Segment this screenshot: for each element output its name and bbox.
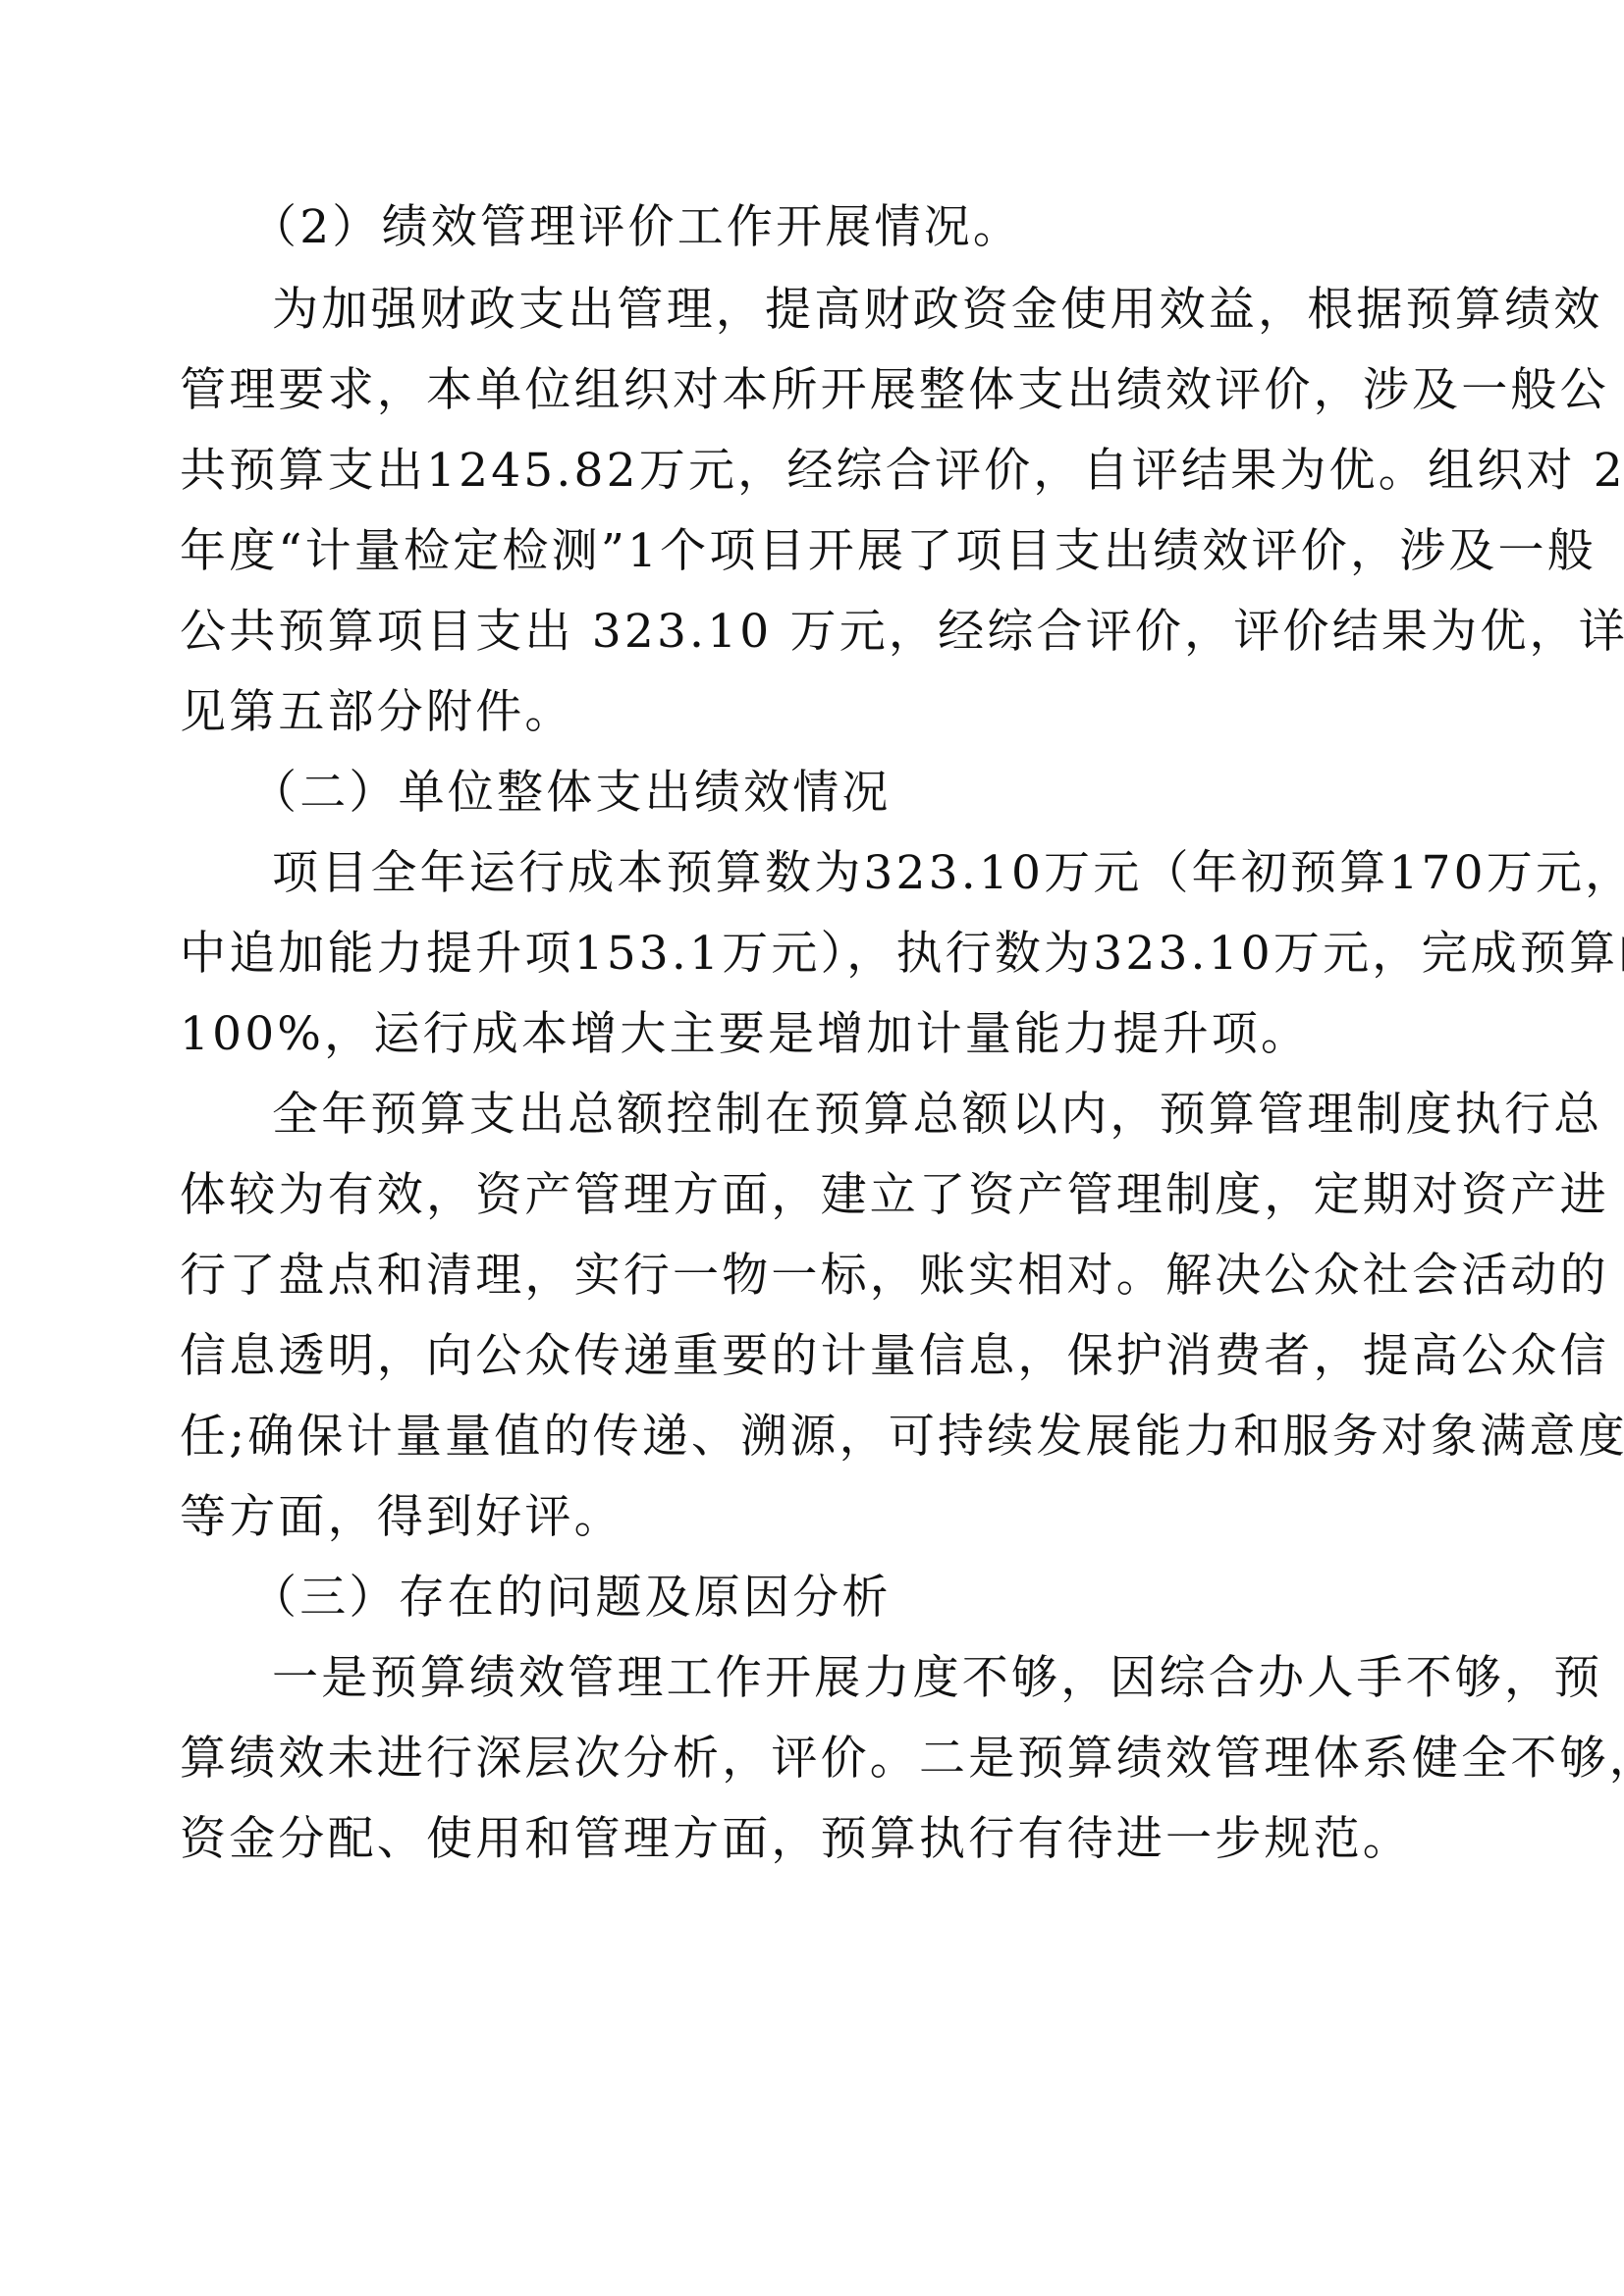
paragraph-line: 公共预算项目支出 323.10 万元，经综合评价，评价结果为优，详 <box>180 603 1464 662</box>
paragraph-line: 项目全年运行成本预算数为323.10万元（年初预算170万元，年 <box>272 844 1464 903</box>
paragraph-line: 中追加能力提升项153.1万元），执行数为323.10万元，完成预算的 <box>180 925 1464 984</box>
paragraph-line: 为加强财政支出管理，提高财政资金使用效益，根据预算绩效 <box>272 281 1464 340</box>
paragraph-line: 全年预算支出总额控制在预算总额以内，预算管理制度执行总 <box>272 1086 1464 1145</box>
section-heading: （二）单位整体支出绩效情况 <box>250 764 892 823</box>
paragraph-line: 见第五部分附件。 <box>180 683 574 742</box>
paragraph-line: 行了盘点和清理，实行一物一标，账实相对。解决公众社会活动的 <box>180 1247 1464 1306</box>
paragraph-line: 体较为有效，资产管理方面，建立了资产管理制度，定期对资产进 <box>180 1166 1464 1225</box>
paragraph-line: 年度“计量检定检测”1个项目开展了项目支出绩效评价，涉及一般 <box>180 522 1464 581</box>
paragraph-line: 任;确保计量量值的传递、溯源，可持续发展能力和服务对象满意度 <box>180 1408 1464 1467</box>
paragraph-line: 共预算支出1245.82万元，经综合评价，自评结果为优。组织对 2023 <box>180 442 1464 501</box>
section-heading: （2）绩效管理评价工作开展情况。 <box>250 198 1022 257</box>
paragraph-line: 一是预算绩效管理工作开展力度不够，因综合办人手不够，预 <box>272 1649 1464 1708</box>
section-heading: （三）存在的问题及原因分析 <box>250 1569 892 1628</box>
paragraph-line: 等方面，得到好评。 <box>180 1488 623 1547</box>
paragraph-line: 管理要求，本单位组织对本所开展整体支出绩效评价，涉及一般公 <box>180 361 1464 420</box>
paragraph-line: 算绩效未进行深层次分析，评价。二是预算绩效管理体系健全不够， <box>180 1730 1464 1789</box>
paragraph-line: 信息透明，向公众传递重要的计量信息，保护消费者，提高公众信 <box>180 1327 1464 1386</box>
paragraph-line: 资金分配、使用和管理方面，预算执行有待进一步规范。 <box>180 1810 1412 1869</box>
paragraph-line: 100%，运行成本增大主要是增加计量能力提升项。 <box>180 1005 1310 1064</box>
